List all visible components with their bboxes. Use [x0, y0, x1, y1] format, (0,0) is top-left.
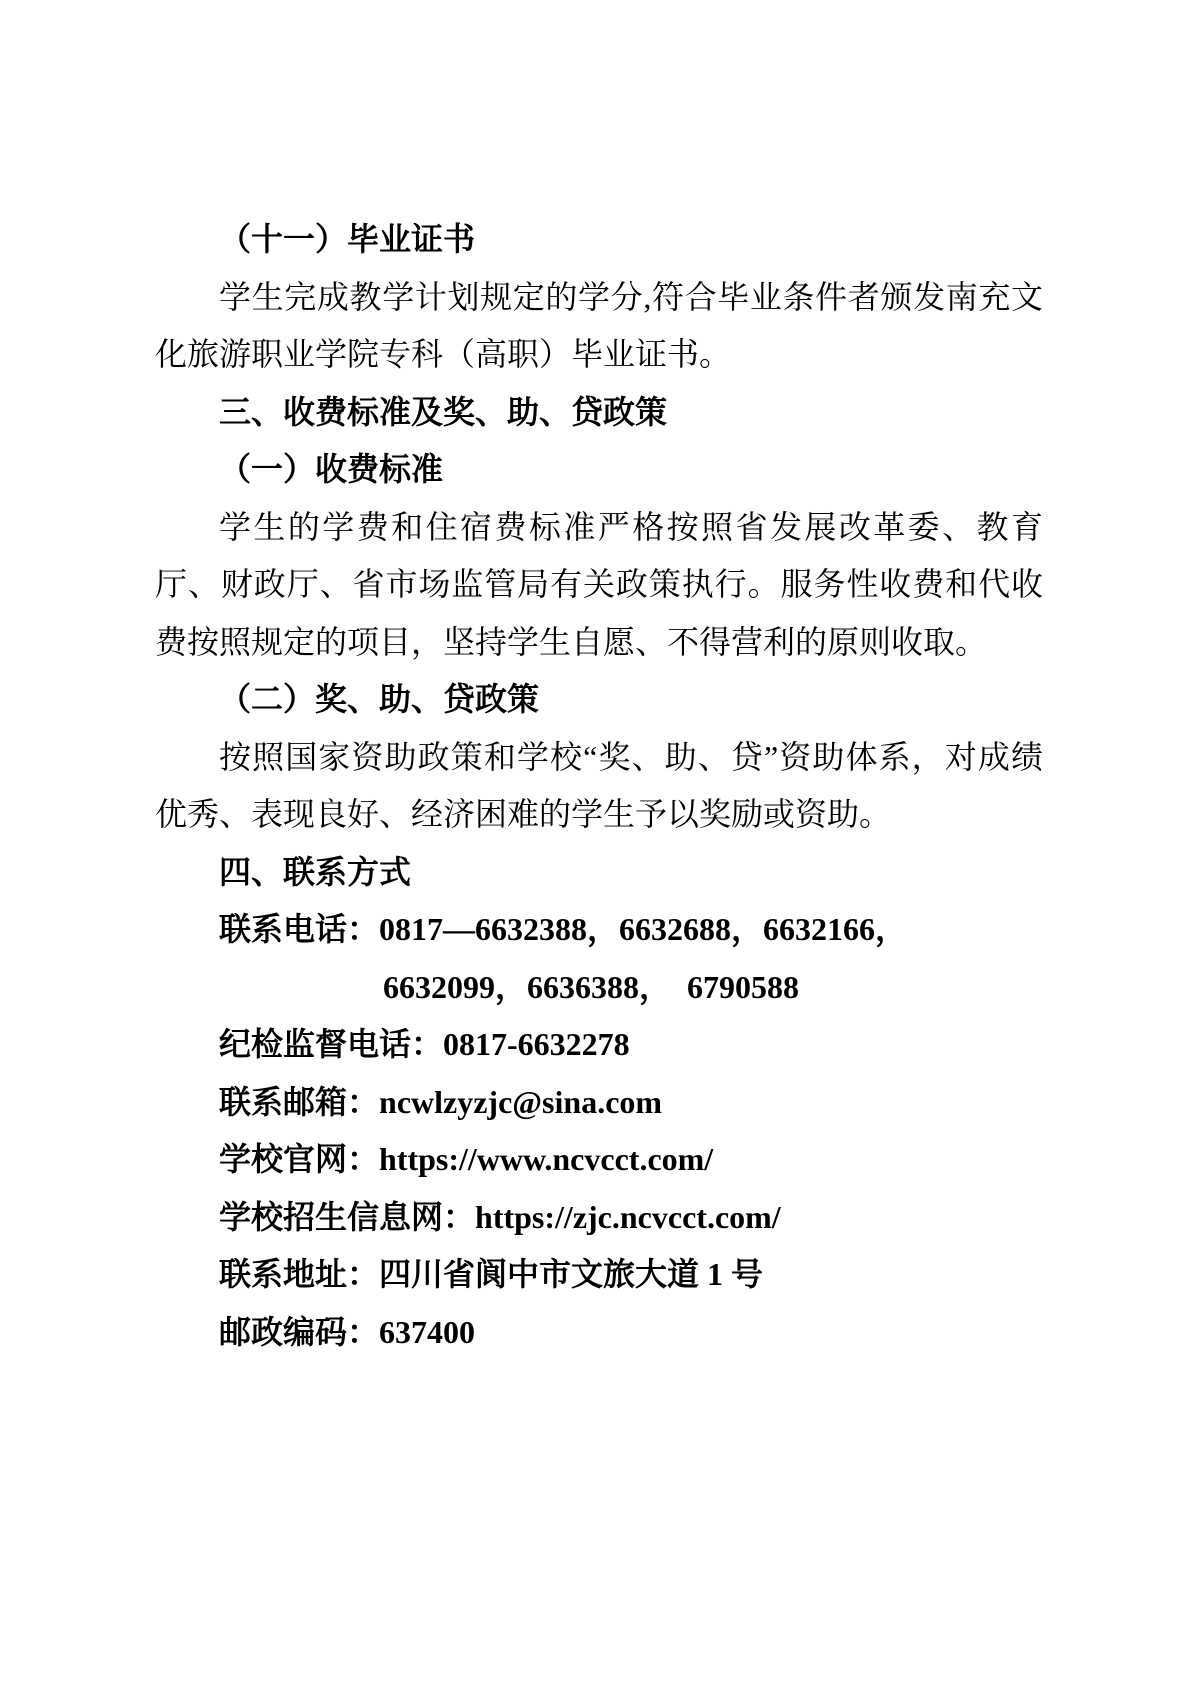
aid-paragraph: 按照国家资助政策和学校“奖、助、贷”资助体系，对成绩优秀、表现良好、经济困难的学…	[155, 729, 1043, 844]
contact-postal-code-value: 637400	[379, 1314, 475, 1350]
contact-official-website-label: 学校官网：	[219, 1141, 379, 1177]
fees-paragraph: 学生的学费和住宿费标准严格按照省发展改革委、教育厅、财政厅、省市场监管局有关政策…	[155, 499, 1043, 672]
contact-admission-website-label: 学校招生信息网：	[219, 1199, 475, 1235]
contact-phone-label: 联系电话：	[219, 911, 379, 947]
document-content: （十一）毕业证书 学生完成教学计划规定的学分,符合毕业条件者颁发南充文化旅游职业…	[155, 211, 1043, 1361]
contact-phone-numbers-line1: 0817—6632388，6632688，6632166，	[379, 911, 907, 947]
contact-email-label: 联系邮箱：	[219, 1084, 379, 1120]
contact-postal-code-label: 邮政编码：	[219, 1314, 379, 1350]
section-4-heading: 四、联系方式	[155, 844, 1043, 902]
contact-admission-website-value: https://zjc.ncvcct.com/	[475, 1199, 781, 1235]
section-11-heading: （十一）毕业证书	[155, 211, 1043, 269]
contact-row-postal-code: 邮政编码：637400	[155, 1304, 1043, 1362]
contact-supervision-phone-label: 纪检监督电话：	[219, 1026, 443, 1062]
contact-row-phone-continuation: 6632099，6636388， 6790588	[155, 959, 1043, 1017]
contact-row-phone: 联系电话：0817—6632388，6632688，6632166，	[155, 901, 1043, 959]
contact-row-email: 联系邮箱：ncwlzyzjc@sina.com	[155, 1074, 1043, 1132]
contact-official-website-value: https://www.ncvcct.com/	[379, 1141, 713, 1177]
section-3-heading: 三、收费标准及奖、助、贷政策	[155, 384, 1043, 442]
contact-phone-numbers-line2: 6632099，6636388， 6790588	[383, 969, 799, 1005]
contact-address-value: 四川省阆中市文旅大道 1 号	[379, 1256, 763, 1292]
contact-row-official-website: 学校官网：https://www.ncvcct.com/	[155, 1131, 1043, 1189]
document-page: （十一）毕业证书 学生完成教学计划规定的学分,符合毕业条件者颁发南充文化旅游职业…	[0, 0, 1191, 1684]
contact-address-label: 联系地址：	[219, 1256, 379, 1292]
contact-row-address: 联系地址：四川省阆中市文旅大道 1 号	[155, 1246, 1043, 1304]
contact-row-supervision-phone: 纪检监督电话：0817-6632278	[155, 1016, 1043, 1074]
section-3-1-heading: （一）收费标准	[155, 441, 1043, 499]
contact-supervision-phone-value: 0817-6632278	[443, 1026, 630, 1062]
section-3-2-heading: （二）奖、助、贷政策	[155, 671, 1043, 729]
graduation-paragraph: 学生完成教学计划规定的学分,符合毕业条件者颁发南充文化旅游职业学院专科（高职）毕…	[155, 269, 1043, 384]
contact-row-admission-website: 学校招生信息网：https://zjc.ncvcct.com/	[155, 1189, 1043, 1247]
contact-email-value: ncwlzyzjc@sina.com	[379, 1084, 662, 1120]
